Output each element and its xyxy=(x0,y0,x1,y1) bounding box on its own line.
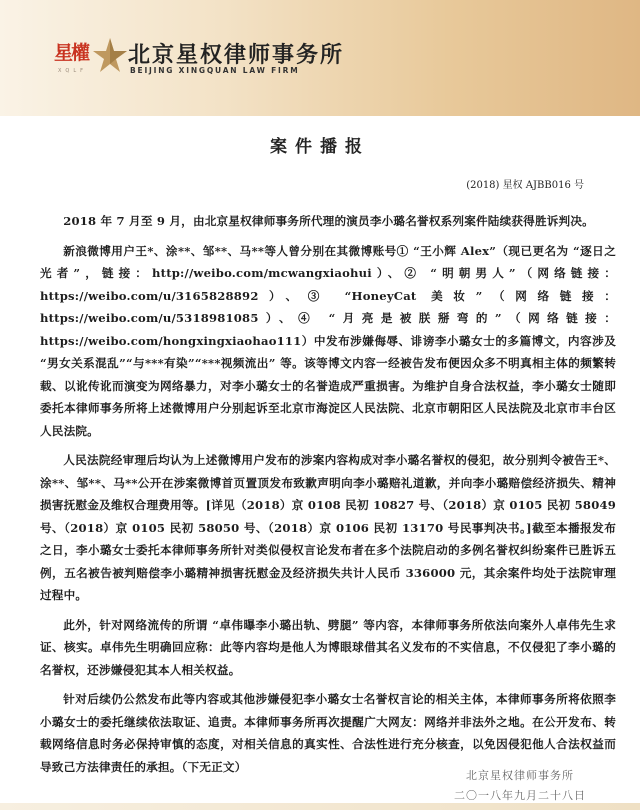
document-number: (2018) 星权 AJBB016 号 xyxy=(466,176,584,191)
logo-seal-subtitle: XQLF xyxy=(58,68,87,74)
letterhead-band: 星權 XQLF 北京星权律师事务所 BEIJING XINGQUAN LAW F… xyxy=(0,0,640,116)
firm-logo: 星權 XQLF 北京星权律师事务所 BEIJING XINGQUAN LAW F… xyxy=(54,38,384,88)
paragraph-warning: 针对后续仍公然发布此等内容或其他涉嫌侵犯李小璐女士名誉权言论的相关主体，本律师事… xyxy=(40,688,616,778)
signature-firm: 北京星权律师事务所 xyxy=(430,766,610,786)
star-icon xyxy=(92,36,128,74)
firm-name-cn: 北京星权律师事务所 xyxy=(128,38,344,69)
paragraph-background: 新浪微博用户王*、涂**、邹**、马**等人曾分别在其微博账号① “王小辉 Al… xyxy=(40,240,616,443)
document-title: 案件播报 xyxy=(0,132,640,157)
paragraph-intro: 2018 年 7 月至 9 月，由北京星权律师事务所代理的演员李小璐名誉权系列案… xyxy=(40,210,616,233)
paragraph-judgment: 人民法院经审理后均认为上述微博用户发布的涉案内容构成对李小璐名誉权的侵犯，故分别… xyxy=(40,449,616,607)
signature-block: 北京星权律师事务所 二〇一八年九月二十八日 xyxy=(430,766,610,806)
bottom-border xyxy=(0,803,640,810)
paragraph-verification: 此外，针对网络流传的所谓 “卓伟曝李小璐出轨、劈腿” 等内容，本律师事务所依法向… xyxy=(40,614,616,682)
firm-name-en: BEIJING XINGQUAN LAW FIRM xyxy=(130,66,299,75)
document-body: 2018 年 7 月至 9 月，由北京星权律师事务所代理的演员李小璐名誉权系列案… xyxy=(40,210,616,785)
